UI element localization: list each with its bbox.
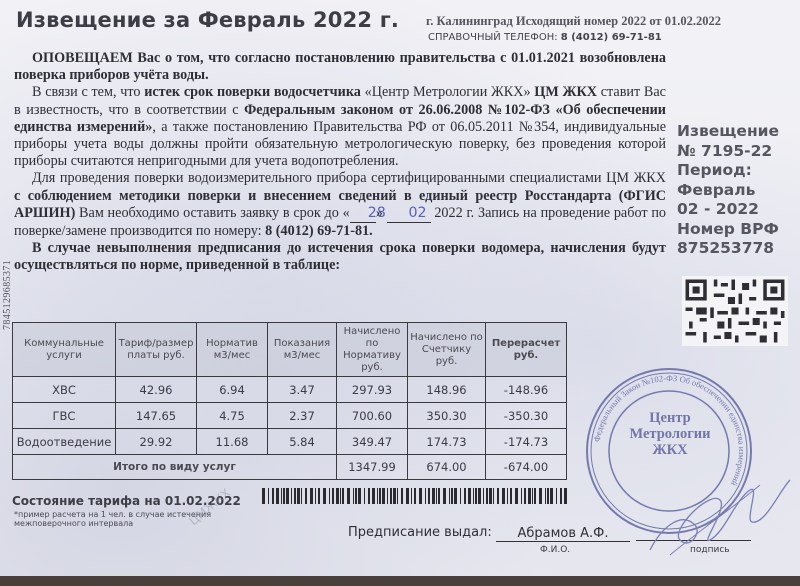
fio-label: Ф.И.О. — [540, 545, 570, 555]
text: «Центр Метрологии ЖКХ» — [361, 84, 534, 100]
phone-label: СПРАВОЧНЫЙ ТЕЛЕФОН: — [428, 32, 558, 43]
col-recalc: Перерасчет руб. — [486, 323, 567, 377]
barcode-number: 7845129685371 — [2, 260, 13, 330]
table-cell: 350.30 — [408, 403, 486, 429]
table-cell: 700.60 — [337, 403, 408, 429]
table-cell: 11.68 — [197, 429, 268, 455]
city-outgoing-number: г. Калининград Исходящий номер 2022 от 0… — [426, 14, 721, 29]
qr-code-icon — [682, 276, 788, 346]
table-cell: ГВС — [13, 403, 116, 429]
table-cell: 29.92 — [116, 429, 197, 455]
col-norm: Норматив м3/мес — [197, 323, 268, 377]
stamp-line: Метрологии — [600, 426, 740, 442]
table-cell: -148.96 — [486, 377, 567, 403]
table-cell: 174.73 — [408, 429, 486, 455]
barcode-icon — [262, 488, 567, 504]
col-tariff: Тариф/размер платы руб. — [116, 323, 197, 377]
notice-body: ОПОВЕЩАЕМ Вас о том, что согласно постан… — [14, 50, 666, 275]
handwritten-signature-icon — [640, 470, 800, 560]
table-cell: 147.65 — [116, 403, 197, 429]
table-surface — [0, 576, 800, 586]
recalculation-table: Коммунальные услуги Тариф/размер платы р… — [12, 322, 567, 480]
table-cell: 349.47 — [337, 429, 408, 455]
footnote: *пример расчета на 1 чел. в случае истеч… — [14, 510, 214, 528]
reference-phone: СПРАВОЧНЫЙ ТЕЛЕФОН: 8 (4012) 69-71-81 — [428, 32, 662, 43]
notice-number: № 7195-22 — [677, 142, 779, 162]
total-label: Итого по виду услуг — [13, 455, 337, 480]
stamp-center: Центр Метрологии ЖКХ — [600, 410, 740, 458]
table-cell: 6.94 — [197, 377, 268, 403]
col-service: Коммунальные услуги — [13, 323, 116, 377]
table-row: Водоотведение29.9211.685.84349.47174.73-… — [13, 429, 567, 455]
deadline-day: 28 — [350, 205, 376, 223]
vrf-number: 875253778 — [677, 239, 779, 259]
vrf-label: Номер ВРФ — [677, 220, 779, 240]
text-bold: ЦМ ЖКХ — [534, 84, 597, 100]
col-readings: Показания м3/мес — [268, 323, 337, 377]
table-cell: -174.73 — [486, 429, 567, 455]
text: » — [376, 205, 387, 221]
text: Вам необходимо оставить заявку в срок до… — [75, 205, 349, 221]
paragraph-request: Для проведения поверки водоизмерительног… — [14, 170, 666, 240]
notice-label: Извещение — [677, 122, 779, 142]
table-cell: 5.84 — [268, 429, 337, 455]
table-cell: 4.75 — [197, 403, 268, 429]
table-cell: 297.93 — [337, 377, 408, 403]
issued-by-field: Абрамов А.Ф. — [496, 524, 630, 542]
col-charged-norm: Начислено по Нормативу руб. — [337, 323, 408, 377]
text-bold: В случае невыполнения предписания — [32, 240, 287, 256]
table-cell: 148.96 — [408, 377, 486, 403]
paragraph-expired: В связи с тем, что истек срок поверки во… — [14, 84, 666, 170]
issued-by-label: Предписание выдал: — [348, 525, 492, 540]
period-month: Февраль — [677, 181, 779, 201]
table-cell: 2.37 — [268, 403, 337, 429]
text-bold: истек срок поверки водосчетчика — [144, 84, 361, 100]
table-cell: 3.47 — [268, 377, 337, 403]
notice-title: Извещение за Февраль 2022 г. — [16, 8, 399, 32]
total-cell: 674.00 — [408, 455, 486, 480]
table-row: ХВС42.966.943.47297.93148.96-148.96 — [13, 377, 567, 403]
text: Для проведения поверки водоизмерительног… — [32, 170, 666, 186]
table-cell: ХВС — [13, 377, 116, 403]
table-cell: Водоотведение — [13, 429, 116, 455]
stamp-line: Центр — [600, 410, 740, 426]
deadline-month: 02 — [387, 205, 431, 223]
period-label: Период: — [677, 161, 779, 181]
total-cell: -674.00 — [486, 455, 567, 480]
notice-side-info: Извещение № 7195-22 Период: Февраль 02 -… — [677, 122, 779, 259]
table-header-row: Коммунальные услуги Тариф/размер платы р… — [13, 323, 567, 377]
table-cell: -350.30 — [486, 403, 567, 429]
stamp-line: ЖКХ — [600, 442, 740, 458]
paragraph-warning: В случае невыполнения предписания до ист… — [14, 240, 666, 274]
col-charged-meter: Начислено по Счетчику руб. — [408, 323, 486, 377]
text: В связи с тем, что — [32, 84, 144, 100]
total-cell: 1347.99 — [337, 455, 408, 480]
table-total-row: Итого по виду услуг1347.99674.00-674.00 — [13, 455, 567, 480]
period-value: 02 - 2022 — [677, 200, 779, 220]
issued-by-name: Абрамов А.Ф. — [517, 526, 608, 541]
table-cell: 42.96 — [116, 377, 197, 403]
phone-value: 8 (4012) 69-71-81 — [561, 32, 662, 43]
table-row: ГВС147.654.752.37700.60350.30-350.30 — [13, 403, 567, 429]
booking-phone: 8 (4012) 69-71-81. — [265, 223, 373, 239]
notify-bold: ОПОВЕЩАЕМ — [32, 50, 133, 66]
paragraph-notify: ОПОВЕЩАЕМ Вас о том, что согласно постан… — [14, 50, 666, 84]
